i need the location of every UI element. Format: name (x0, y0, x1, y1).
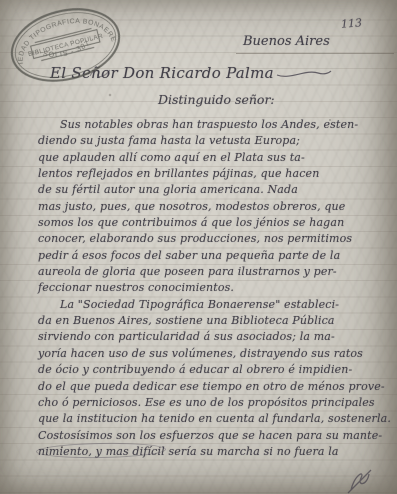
body-line: Costosísimos son los esfuerzos que se ha… (38, 428, 389, 444)
body-line: que aplauden allí como aquí en el Plata … (38, 150, 389, 166)
body-line: de ócio y contribuyendo á educar al obre… (38, 362, 389, 378)
body-line: diendo su justa fama hasta la vetusta Eu… (38, 133, 389, 149)
body-line: yoría hacen uso de sus volúmenes, distra… (38, 346, 389, 362)
body-line: do el que pueda dedicar ese tiempo en ot… (38, 379, 389, 395)
body-line: cho ó perniciosos. Ese es uno de los pro… (38, 395, 389, 411)
body-line: mas justo, pues, que nosotros, modestos … (38, 199, 389, 215)
flourish-underline-icon (276, 68, 332, 80)
page-number: 113 (341, 16, 363, 30)
body-line: sirviendo con particularidad á sus asoci… (38, 329, 389, 345)
stamp-oval-icon: SOCIEDAD TIPOGRAFICA BONAERENSE · SOLIS … (0, 0, 132, 98)
paraph-flourish-icon (345, 468, 375, 494)
body-line: conocer, elaborando sus producciones, no… (38, 231, 389, 247)
body-line: feccionar nuestros conocimientos. (38, 280, 389, 296)
body-line: de su fértil autor una gloria americana.… (38, 182, 389, 198)
body-line: aureola de gloria que poseen para ilustr… (38, 264, 389, 280)
body-line: da en Buenos Aires, sostiene una Bibliot… (38, 313, 389, 329)
library-stamp: SOCIEDAD TIPOGRAFICA BONAERENSE · SOLIS … (0, 0, 132, 98)
letter-body: Sus notables obras han traspuesto los An… (38, 117, 389, 460)
body-line: somos los que contribuimos á que los jén… (38, 215, 389, 231)
salutation: Distinguido señor: (158, 92, 275, 107)
body-line: La "Sociedad Tipográfica Bonaerense" est… (38, 297, 389, 313)
body-line: nimiento, y mas difícil sería su marcha … (38, 444, 389, 460)
body-line: Sus notables obras han traspuesto los An… (38, 117, 389, 133)
dateline: Buenos Aires (243, 34, 330, 49)
letter-page: SOCIEDAD TIPOGRAFICA BONAERENSE · SOLIS … (0, 0, 397, 494)
body-line: pedir á esos focos del saber una pequeña… (38, 248, 389, 264)
date-rule-line (236, 53, 394, 54)
body-line: que la institucion ha tenido en cuenta a… (38, 411, 389, 427)
body-line: lentos reflejados en brillantes pájinas,… (38, 166, 389, 182)
